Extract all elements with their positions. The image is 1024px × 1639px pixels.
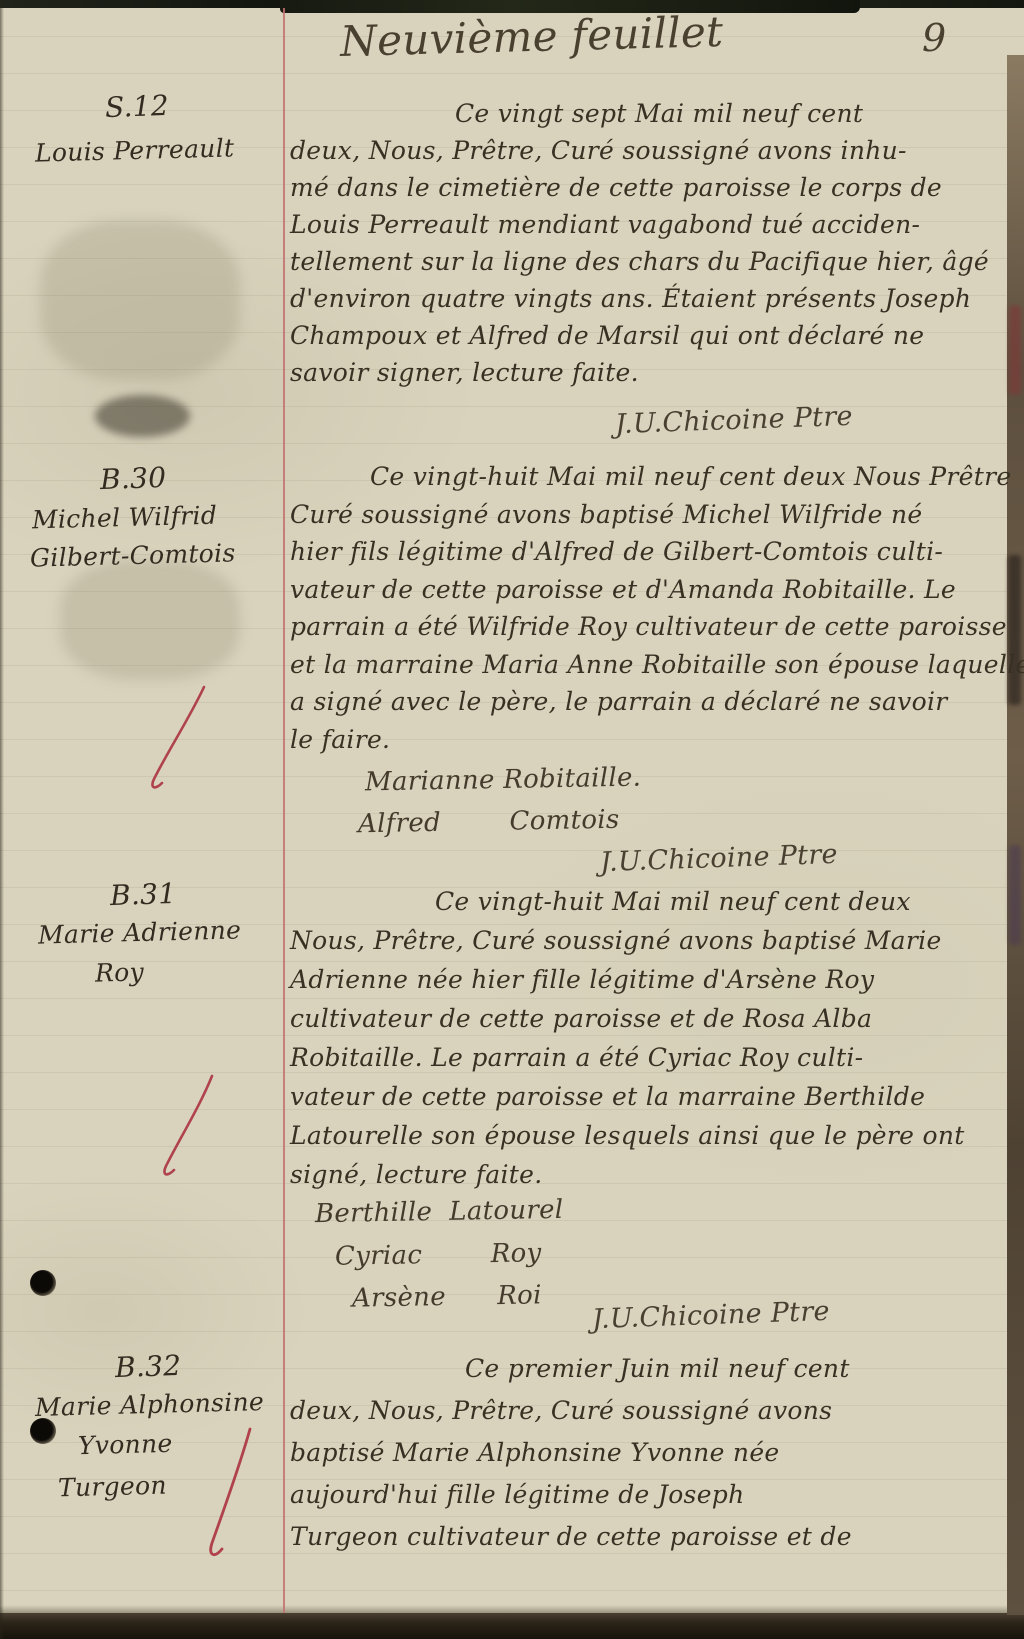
entry4-margin-name: Turgeon: [58, 1471, 168, 1503]
record-text-line: vateur de cette paroisse et la marraine …: [290, 1077, 1008, 1116]
record-text-line: aujourd'hui fille légitime de Joseph: [290, 1474, 1010, 1516]
record-text-line: a signé avec le père, le parrain a décla…: [290, 683, 1012, 721]
entry4-margin-name: Yvonne: [78, 1429, 173, 1460]
record-text-line: tellement sur la ligne des chars du Paci…: [290, 243, 1010, 280]
page-edge-bottom-shadow: [0, 1605, 1024, 1613]
red-checkmark: [138, 683, 212, 795]
record-text-line: cultivateur de cette paroisse et de Rosa…: [290, 999, 1008, 1038]
record-text-line: Ce premier Juin mil neuf cent: [290, 1348, 1010, 1390]
entry2-record-text: Ce vingt-huit Mai mil neuf cent deux Nou…: [290, 458, 1012, 758]
entry2-margin-name: Gilbert-Comtois: [30, 538, 236, 572]
entry2-priest-signature: J.U.Chicoine Ptre: [600, 839, 839, 878]
bleedthrough-smudge: [60, 560, 240, 680]
edge-smudge-purple: [1009, 845, 1021, 945]
record-text-line: parrain a été Wilfride Roy cultivateur d…: [290, 608, 1012, 646]
page-title: Neuvième feuillet: [339, 7, 723, 66]
entry2-signature: Marianne Robitaille.: [365, 763, 642, 798]
entry3-record-text: Ce vingt-huit Mai mil neuf cent deux Nou…: [290, 882, 1008, 1194]
ink-smudge: [95, 395, 190, 437]
entry3-signature: Berthille Latourel: [315, 1195, 564, 1229]
record-text-line: Ce vingt sept Mai mil neuf cent: [290, 95, 1010, 132]
record-text-line: d'environ quatre vingts ans. Étaient pré…: [290, 280, 1010, 317]
record-text-line: Champoux et Alfred de Marsil qui ont déc…: [290, 317, 1010, 354]
record-text-line: et la marraine Maria Anne Robitaille son…: [290, 646, 1012, 684]
entry4-margin-ref: B.32: [114, 1349, 181, 1384]
record-text-line: mé dans le cimetière de cette paroisse l…: [290, 169, 1010, 206]
entry3-margin-name: Roy: [95, 957, 145, 987]
edge-smudge-red: [1009, 305, 1021, 395]
entry3-margin-name: Marie Adrienne: [38, 915, 242, 949]
entry1-margin-ref: S.12: [104, 89, 169, 124]
record-text-line: Ce vingt-huit Mai mil neuf cent deux: [290, 882, 1008, 921]
record-text-line: Latourelle son épouse lesquels ainsi que…: [290, 1116, 1008, 1155]
register-page: Neuvième feuillet 9 S.12 Louis Perreault…: [0, 0, 1024, 1639]
record-text-line: savoir signer, lecture faite.: [290, 354, 1010, 391]
entry3-signature: Cyriac Roy: [335, 1238, 542, 1272]
page-number: 9: [922, 16, 946, 60]
record-text-line: Louis Perreault mendiant vagabond tué ac…: [290, 206, 1010, 243]
entry2-signature: Alfred Comtois: [358, 805, 620, 840]
record-text-line: deux, Nous, Prêtre, Curé soussigné avons: [290, 1390, 1010, 1432]
entry3-signature: Arsène Roi: [352, 1280, 542, 1313]
entry4-record-text: Ce premier Juin mil neuf cent deux, Nous…: [290, 1348, 1010, 1558]
red-checkmark: [190, 1425, 256, 1565]
punch-hole: [30, 1270, 56, 1296]
entry2-margin-name: Michel Wilfrid: [32, 501, 218, 535]
record-text-line: le faire.: [290, 721, 1012, 759]
record-text-line: hier fils légitime d'Alfred de Gilbert-C…: [290, 533, 1012, 571]
record-text-line: Robitaille. Le parrain a été Cyriac Roy …: [290, 1038, 1008, 1077]
entry1-margin-name: Louis Perreault: [35, 133, 235, 167]
entry3-priest-signature: J.U.Chicoine Ptre: [592, 1296, 831, 1335]
record-text-line: Curé soussigné avons baptisé Michel Wilf…: [290, 496, 1012, 534]
record-text-line: vateur de cette paroisse et d'Amanda Rob…: [290, 571, 1012, 609]
record-text-line: deux, Nous, Prêtre, Curé soussigné avons…: [290, 132, 1010, 169]
page-edge-bottom: [0, 1613, 1024, 1639]
record-text-line: baptisé Marie Alphonsine Yvonne née: [290, 1432, 1010, 1474]
record-text-line: Turgeon cultivateur de cette paroisse et…: [290, 1516, 1010, 1558]
record-text-line: Nous, Prêtre, Curé soussigné avons bapti…: [290, 921, 1008, 960]
record-text-line: Ce vingt-huit Mai mil neuf cent deux Nou…: [290, 458, 1012, 496]
page-edge-left: [0, 0, 4, 1639]
record-text-line: signé, lecture faite.: [290, 1155, 1008, 1194]
entry2-margin-ref: B.30: [99, 461, 166, 496]
entry1-record-text: Ce vingt sept Mai mil neuf cent deux, No…: [290, 95, 1010, 391]
red-checkmark: [148, 1072, 222, 1184]
margin-rule-line: [283, 8, 285, 1613]
entry1-priest-signature: J.U.Chicoine Ptre: [615, 401, 854, 440]
bleedthrough-smudge: [40, 220, 240, 380]
punch-hole: [30, 1418, 56, 1444]
record-text-line: Adrienne née hier fille légitime d'Arsèn…: [290, 960, 1008, 999]
entry4-margin-name: Marie Alphonsine: [35, 1387, 265, 1422]
entry3-margin-ref: B.31: [109, 877, 176, 912]
